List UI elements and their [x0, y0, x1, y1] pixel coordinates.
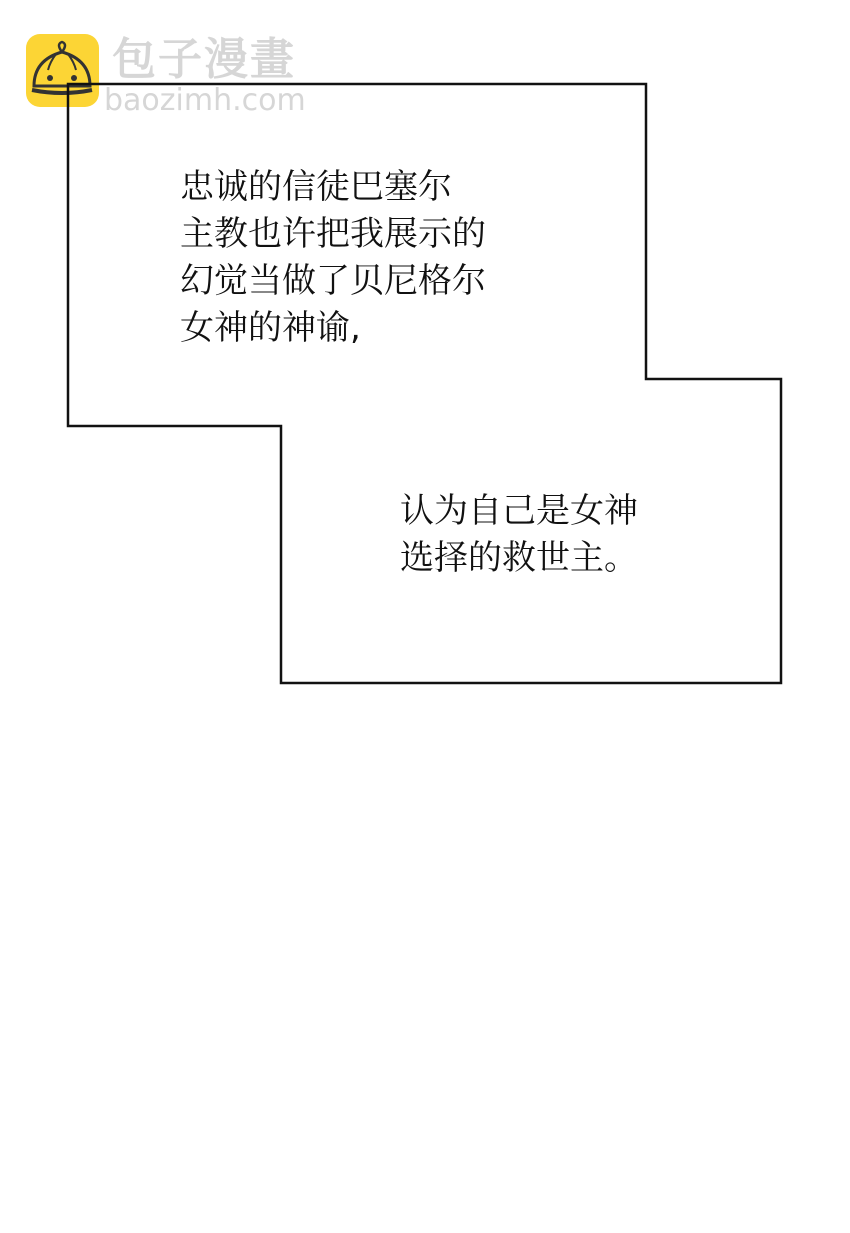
caption-line: 幻觉当做了贝尼格尔 — [180, 258, 486, 305]
caption-text-2: 认为自己是女神 选择的救世主。 — [400, 488, 638, 582]
caption-line: 主教也许把我展示的 — [180, 211, 486, 258]
caption-line: 忠诚的信徒巴塞尔 — [180, 164, 486, 211]
caption-line: 女神的神谕, — [180, 305, 486, 352]
caption-text-1: 忠诚的信徒巴塞尔 主教也许把我展示的 幻觉当做了贝尼格尔 女神的神谕, — [180, 164, 486, 352]
caption-line: 认为自己是女神 — [400, 488, 638, 535]
caption-line: 选择的救世主。 — [400, 535, 638, 582]
